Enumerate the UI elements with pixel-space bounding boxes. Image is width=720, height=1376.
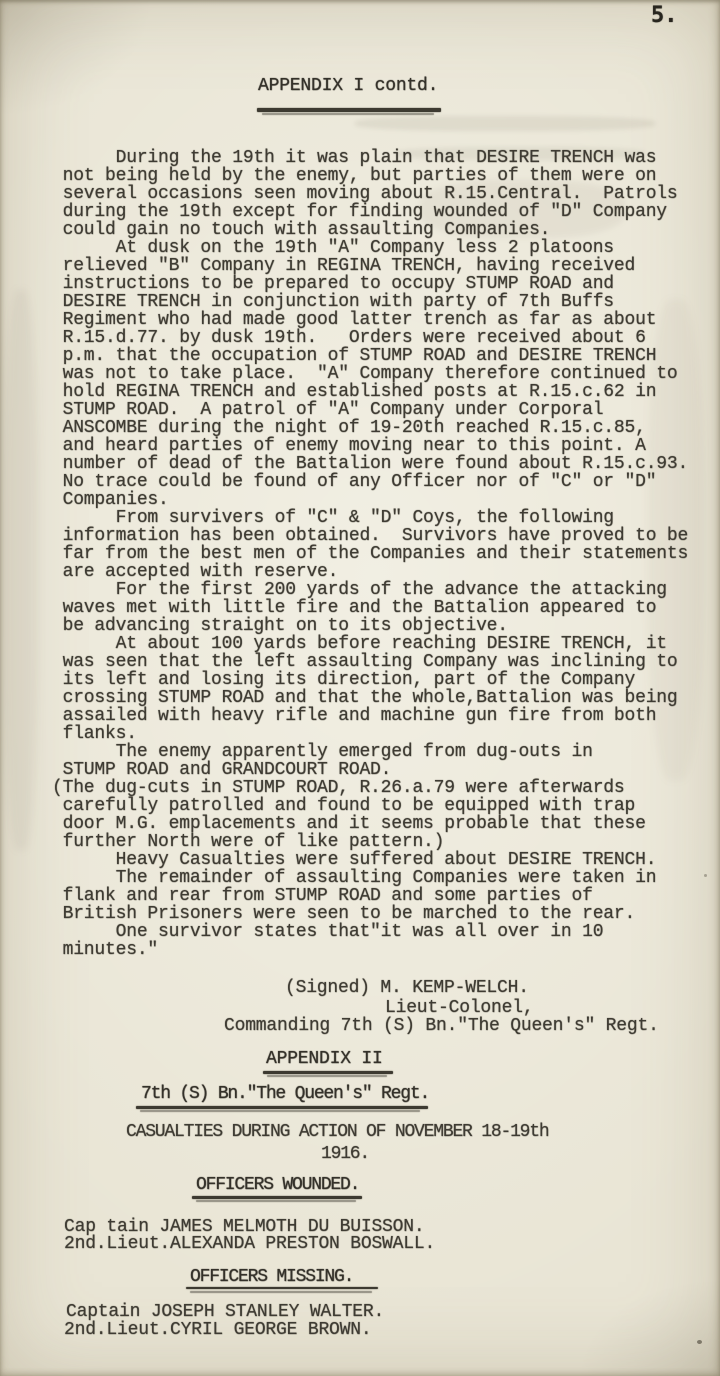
battalion-subtitle-underline bbox=[136, 1106, 428, 1109]
officer-missing-1: Captain JOSEPH STANLEY WALTER. bbox=[66, 1303, 384, 1321]
officers-missing-underline-2 bbox=[190, 1291, 372, 1293]
appendix1-heading: APPENDIX I contd. bbox=[258, 77, 438, 95]
scanned-document-page: 5. APPENDIX I contd. During the 19th it … bbox=[0, 0, 720, 1376]
battalion-subtitle-underline-2 bbox=[140, 1110, 420, 1112]
ink-speck bbox=[697, 1340, 702, 1344]
officer-missing-2: 2nd.Lieut.CYRIL GEORGE BROWN. bbox=[64, 1321, 371, 1339]
bleedthrough-smudge bbox=[4, 290, 38, 850]
signature-rank: Lieut-Colonel, bbox=[385, 999, 533, 1017]
officers-wounded-underline bbox=[192, 1196, 362, 1199]
officers-wounded-underline-2 bbox=[196, 1200, 356, 1202]
appendix2-heading: APPENDIX II bbox=[266, 1050, 383, 1068]
appendix1-heading-underline-2 bbox=[262, 113, 434, 115]
signature-signed: (Signed) M. KEMP-WELCH. bbox=[285, 979, 529, 997]
appendix2-heading-underline-2 bbox=[267, 1075, 387, 1077]
appendix1-heading-underline bbox=[257, 108, 441, 112]
officers-missing-heading: OFFICERS MISSING. bbox=[190, 1268, 353, 1286]
casualties-heading-line1: CASUALTIES DURING ACTION OF NOVEMBER 18-… bbox=[126, 1123, 548, 1141]
page-number: 5. bbox=[651, 5, 678, 27]
body-text: During the 19th it was plain that DESIRE… bbox=[52, 149, 688, 959]
officers-missing-underline bbox=[186, 1287, 378, 1289]
officers-wounded-heading: OFFICERS WOUNDED. bbox=[196, 1176, 359, 1194]
casualties-heading-line2: 1916. bbox=[321, 1145, 369, 1163]
officer-wounded-2: 2nd.Lieut.ALEXANDA PRESTON BOSWALL. bbox=[64, 1235, 435, 1253]
battalion-subtitle: 7th (S) Bn."The Queen's" Regt. bbox=[141, 1085, 429, 1103]
signature-command: Commanding 7th (S) Bn."The Queen's" Regt… bbox=[224, 1017, 659, 1035]
appendix2-heading-underline bbox=[263, 1071, 393, 1074]
bleedthrough-smudge bbox=[355, 116, 655, 131]
ink-speck bbox=[704, 874, 707, 877]
